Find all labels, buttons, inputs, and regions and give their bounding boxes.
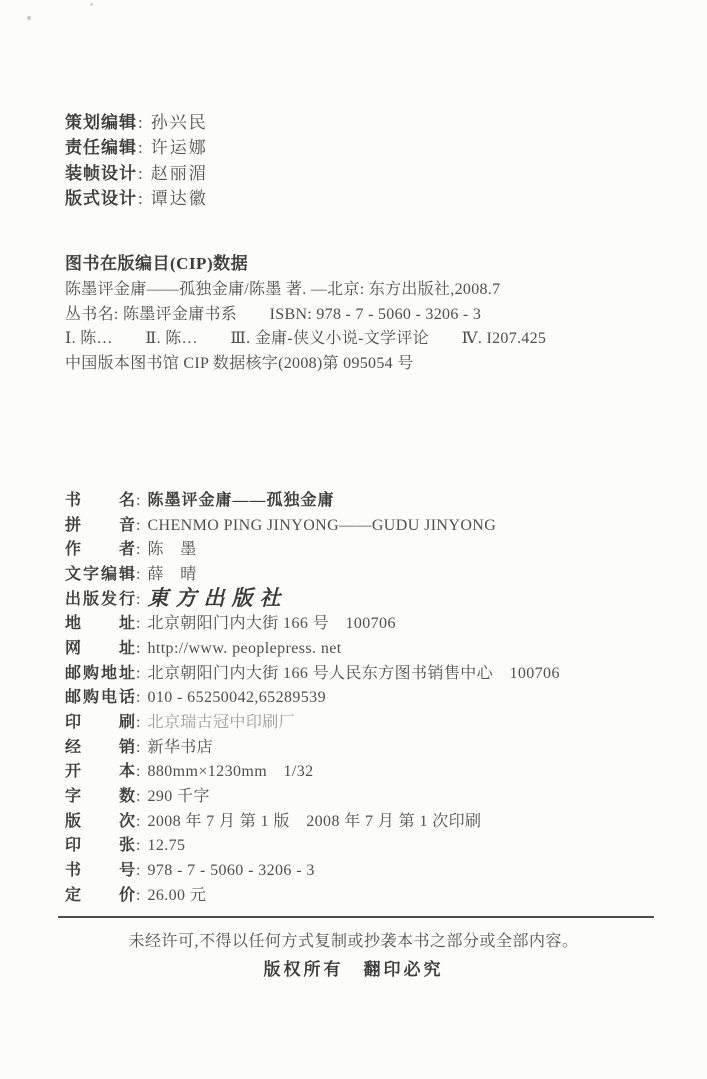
row-value: 北京瑞古冠中印刷厂 [147,711,295,736]
colophon-row-publisher: 出版发行:東方出版社 [65,588,665,613]
editors-block: 策划编辑:孙兴民 责任编辑:许运娜 装帧设计:赵丽湄 版式设计:谭达徽 [65,110,208,212]
editor-role-label: 版式设计 [65,186,137,211]
colon: : [136,612,140,637]
colophon-row-format: 开本:880mm×1230mm 1/32 [65,760,665,785]
row-label: 字数 [65,785,135,810]
colon: : [136,760,140,785]
price: 26.00 元 [147,884,206,909]
colon: : [136,538,140,563]
colophon-row-website: 网址:http://www. peoplepress. net [65,637,665,662]
colophon-row-mail-phone: 邮购电话:010 - 65250042,65289539 [65,686,665,711]
copyright-notice-text: 未经许可,不得以任何方式复制或抄袭本书之部分或全部内容。 [0,928,707,955]
editor-name: 赵丽湄 [151,161,208,186]
row-value: CHENMO PING JINYONG——GUDU JINYONG [147,514,496,539]
editor-name: 许运娜 [151,135,208,160]
editor-role-label: 责任编辑 [65,135,137,160]
editor-name: 谭达徽 [151,186,208,211]
divider-rule [58,916,654,918]
row-value: 880mm×1230mm 1/32 [147,760,313,785]
row-label: 经销 [65,736,135,761]
editor-row: 策划编辑:孙兴民 [65,110,208,135]
colon: : [136,662,140,687]
colophon-row-price: 定价:26.00 元 [65,884,665,909]
colophon-row-author: 作者:陈 墨 [65,538,665,563]
colophon-row-pinyin: 拼音:CHENMO PING JINYONG——GUDU JINYONG [65,514,665,539]
row-label: 地址 [65,612,135,637]
phone-number: 010 - 65250042,65289539 [147,686,326,711]
scan-speck [27,16,31,20]
colon: : [136,884,140,909]
colophon-row-printer: 印刷:北京瑞古冠中印刷厂 [65,711,665,736]
book-title: 陈墨评金庸——孤独金庸 [147,489,334,514]
colophon-row-title: 书名:陈墨评金庸——孤独金庸 [65,489,665,514]
cip-block: 图书在版编目(CIP)数据 陈墨评金庸——孤独金庸/陈墨 著. —北京: 东方出… [65,250,640,376]
scan-speck [90,3,93,6]
cip-line: Ⅰ. 陈… Ⅱ. 陈… Ⅲ. 金庸-侠义小说-文学评论 Ⅳ. I207.425 [65,327,640,352]
colophon-row-sheets: 印张:12.75 [65,834,665,859]
colon: : [136,563,140,588]
row-label: 文字编辑 [65,563,135,588]
row-value: 12.75 [147,834,185,859]
colophon-row-isbn: 书号:978 - 7 - 5060 - 3206 - 3 [65,859,665,884]
colon: : [136,489,140,514]
editor-row: 责任编辑:许运娜 [65,135,208,160]
website-url: http://www. peoplepress. net [147,637,341,662]
row-value: 陈 墨 [147,538,196,563]
colon: : [136,637,140,662]
row-label: 书号 [65,859,135,884]
copyright-notice: 未经许可,不得以任何方式复制或抄袭本书之部分或全部内容。 版权所有 翻印必究 [0,928,707,984]
colon: : [138,110,143,135]
row-label: 网址 [65,637,135,662]
row-value: 新华书店 [147,736,213,761]
isbn-number: 978 - 7 - 5060 - 3206 - 3 [147,859,314,884]
row-value: 290 千字 [147,785,209,810]
row-label: 印张 [65,834,135,859]
row-value: 2008 年 7 月 第 1 版 2008 年 7 月 第 1 次印刷 [147,810,481,835]
colon: : [138,186,143,211]
colophon-row-wordcount: 字数:290 千字 [65,785,665,810]
colophon-block: 书名:陈墨评金庸——孤独金庸 拼音:CHENMO PING JINYONG——G… [65,489,665,908]
publisher-logotype: 東方出版社 [147,586,287,611]
row-label: 书名 [65,489,135,514]
colon: : [136,834,140,859]
colophon-row-address: 地址:北京朝阳门内大街 166 号 100706 [65,612,665,637]
colophon-row-edition: 版次:2008 年 7 月 第 1 版 2008 年 7 月 第 1 次印刷 [65,810,665,835]
cip-title: 图书在版编目(CIP)数据 [65,250,640,278]
row-value: 北京朝阳门内大街 166 号 100706 [147,612,395,637]
row-label: 定价 [65,884,135,909]
colon: : [136,810,140,835]
row-value: 北京朝阳门内大街 166 号人民东方图书销售中心 100706 [147,662,559,687]
row-label: 作者 [65,538,135,563]
row-label: 印刷 [65,711,135,736]
row-label: 版次 [65,810,135,835]
editor-role-label: 策划编辑 [65,110,137,135]
colon: : [136,588,140,613]
colon: : [136,736,140,761]
row-label: 邮购地址 [65,662,135,687]
colon: : [138,161,143,186]
colon: : [138,135,143,160]
colon: : [136,686,140,711]
editor-row: 装帧设计:赵丽湄 [65,161,208,186]
editor-name: 孙兴民 [151,110,208,135]
cip-line: 丛书名: 陈墨评金庸书系 ISBN: 978 - 7 - 5060 - 3206… [65,303,640,328]
row-label: 出版发行 [65,588,135,613]
editor-role-label: 装帧设计 [65,161,137,186]
colon: : [136,859,140,884]
copyright-page: 策划编辑:孙兴民 责任编辑:许运娜 装帧设计:赵丽湄 版式设计:谭达徽 图书在版… [0,0,707,1079]
editor-row: 版式设计:谭达徽 [65,186,208,211]
row-label: 开本 [65,760,135,785]
colophon-row-distributor: 经销:新华书店 [65,736,665,761]
colon: : [136,711,140,736]
colophon-row-mail-address: 邮购地址:北京朝阳门内大街 166 号人民东方图书销售中心 100706 [65,662,665,687]
cip-line: 陈墨评金庸——孤独金庸/陈墨 著. —北京: 东方出版社,2008.7 [65,278,640,303]
cip-line: 中国版本图书馆 CIP 数据核字(2008)第 095054 号 [65,352,640,377]
all-rights-reserved-text: 版权所有 翻印必究 [0,955,707,984]
row-label: 拼音 [65,514,135,539]
row-label: 邮购电话 [65,686,135,711]
colon: : [136,785,140,810]
colon: : [136,514,140,539]
